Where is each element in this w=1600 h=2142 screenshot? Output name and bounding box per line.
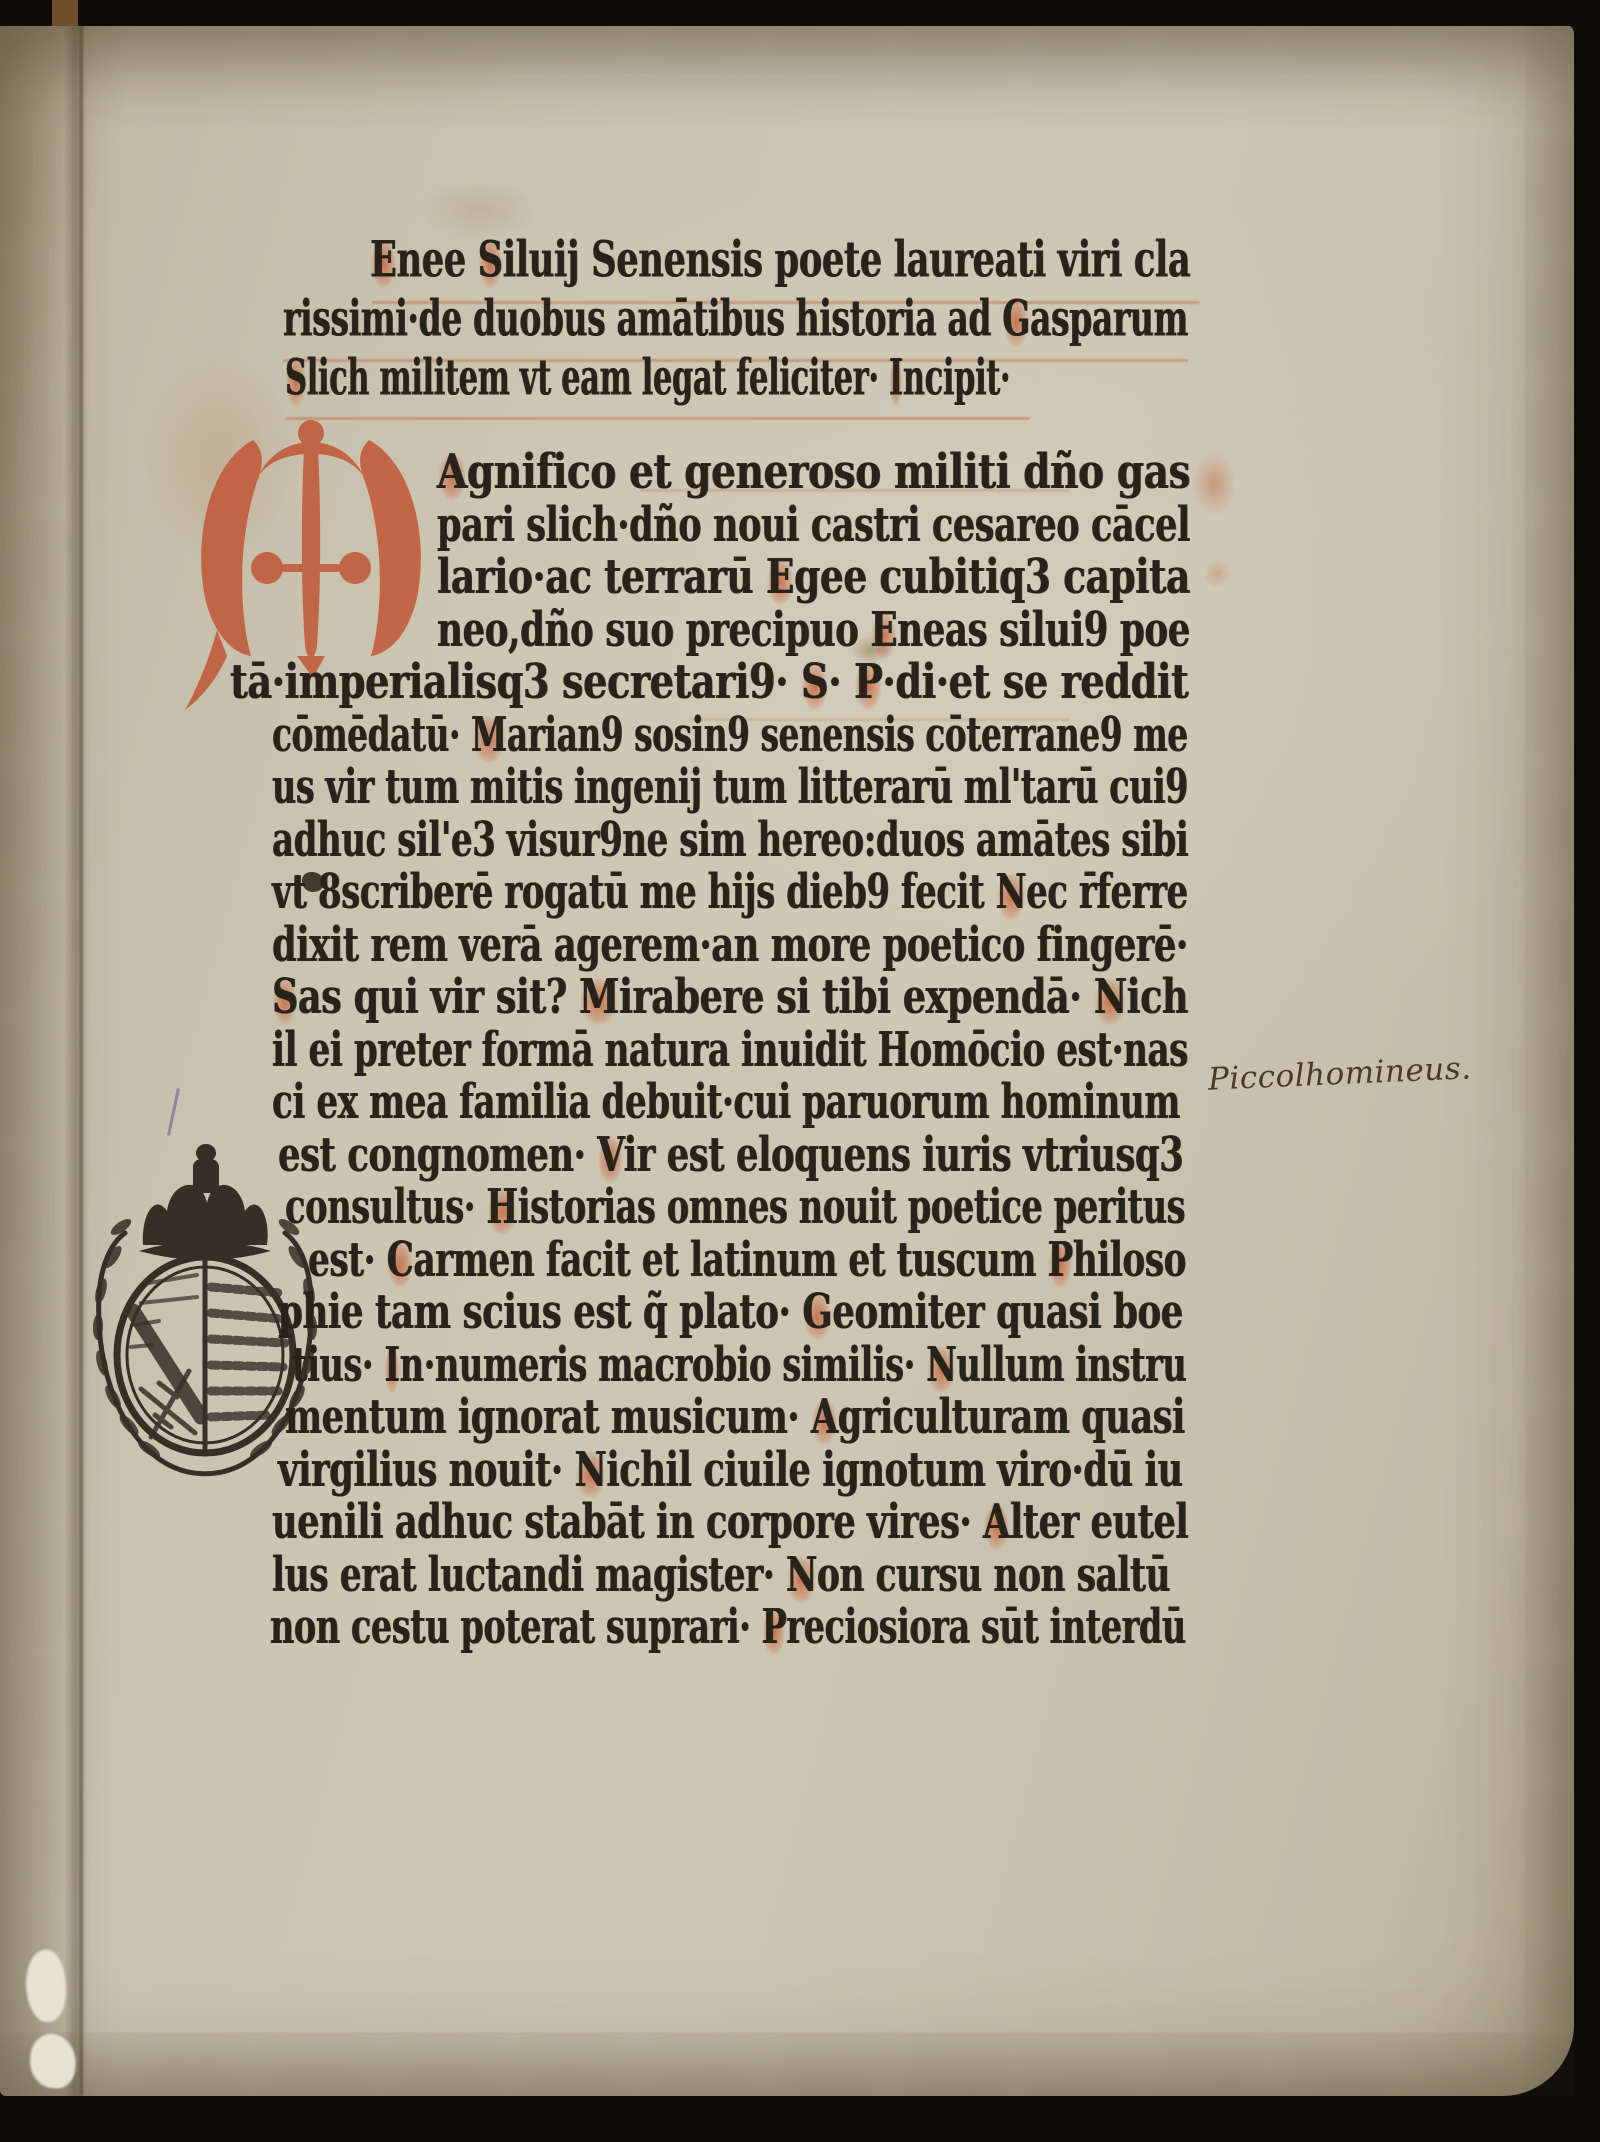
rubricated-capital: G (802, 1285, 832, 1340)
text-segment: est· (308, 1233, 387, 1288)
rubricated-capital: N (926, 1338, 956, 1393)
text-segment: istorias omnes nouit poetice peritus (518, 1180, 1185, 1235)
body-line-10: dixit rem verā agerem·an more poetico fi… (272, 920, 1188, 972)
body-line-2: pari slich·dño noui castri cesareo cācel (437, 500, 1190, 552)
text-segment: arian9 sosin9 senensis cōterrane9 me (507, 708, 1188, 763)
text-segment: adhuc sil'e3 visur9ne sim hereo:duos amā… (272, 813, 1188, 868)
text-segment: omōcio est·nas (909, 1023, 1188, 1078)
binding-crease (79, 24, 83, 2096)
body-line-19: mentum ignorat musicum· Agriculturam qua… (285, 1392, 1185, 1444)
body-line-17: phie tam scius est q̃ plato· Geomiter qu… (278, 1287, 1183, 1339)
body-line-11: Sas qui vir sit? Mirabere si tibi expend… (272, 972, 1188, 1024)
text-segment: ncipit· (903, 348, 1010, 406)
text-segment: us vir tum mitis ingenij tum litterarū m… (272, 760, 1188, 815)
body-line-20: virgilius nouit· Nichil ciuile ignotum v… (278, 1445, 1183, 1497)
text-segment: rissimi·de duobus amātibus historia ad (283, 289, 1002, 347)
rubricated-capital: P (1047, 1233, 1072, 1288)
binding-tab (52, 0, 78, 26)
text-segment: n·numeris macrobio similis· (400, 1338, 926, 1393)
rubricated-capital: S (478, 230, 503, 288)
rubricated-capital: I (889, 348, 903, 406)
rubricated-capital: E (370, 230, 396, 288)
text-segment: hiloso (1073, 1233, 1186, 1288)
text-segment: gee cubitiq3 capita (794, 550, 1190, 605)
rubricated-capital: A (811, 1390, 838, 1445)
text-segment: as qui vir sit? (298, 970, 579, 1025)
text-segment: ichil ciuile ignotum viro·dū iu (606, 1443, 1182, 1498)
body-line-15: consultus· Historias omnes nouit poetice… (285, 1182, 1185, 1234)
body-line-3: lario·ac terrarū Egee cubitiq3 capita (437, 552, 1190, 604)
scanned-book-page: M (0, 0, 1600, 2142)
rubricated-capital: N (1094, 970, 1127, 1025)
text-segment: pari slich·dño noui castri cesareo cācel (437, 498, 1190, 553)
body-line-22: lus erat luctandi magister· Non cursu no… (272, 1550, 1170, 1602)
text-segment: eomiter quasi boe (832, 1285, 1183, 1340)
text-segment: · (828, 655, 854, 710)
text-segment: enensis poete laureati viri cla (616, 230, 1190, 288)
text-segment: consultus· (285, 1180, 486, 1235)
text-segment: griculturam quasi (838, 1390, 1185, 1445)
heading-line-3: Slich militem vt eam legat feliciter· In… (285, 350, 1010, 405)
rubricated-capital: S (285, 348, 307, 406)
text-segment: il ei preter formā natura inuidit (272, 1023, 878, 1078)
body-line-14: est congnomen· Vir est eloquens iuris vt… (278, 1130, 1183, 1182)
rubricated-capital: G (1002, 289, 1030, 347)
stain (1192, 452, 1236, 516)
text-segment: asparum (1030, 289, 1188, 347)
text-segment: tius· (292, 1338, 384, 1393)
text-segment: ·di·et se reddit (882, 655, 1188, 710)
rubricated-capital: E (870, 603, 897, 658)
text-segment: cōmēdatū· (272, 708, 471, 763)
rubricated-capital: M (579, 970, 619, 1025)
body-line-8: adhuc sil'e3 visur9ne sim hereo:duos amā… (272, 815, 1188, 867)
rubricated-capital: C (387, 1233, 414, 1288)
text-segment: ci ex mea familia debuit·cui paruorum ho… (272, 1075, 1180, 1130)
text-segment: est congnomen· (278, 1128, 597, 1183)
text-segment: iluij (503, 230, 591, 288)
rubricated-capital: I (384, 1338, 399, 1393)
rubricated-capital: N (575, 1443, 607, 1498)
body-line-1: Agnifico et generoso militi dño gas (437, 447, 1190, 499)
body-line-21: uenili adhuc stabāt in corpore vires· Al… (272, 1497, 1188, 1549)
text-segment: gnifico et generoso militi dño gas (467, 445, 1190, 500)
body-line-6: cōmēdatū· Marian9 sosin9 senensis cōterr… (272, 710, 1188, 762)
text-segment: nee (396, 230, 477, 288)
text-segment: lter eutel (1010, 1495, 1188, 1550)
text-segment: S (591, 230, 616, 288)
text-segment: dixit rem verā agerem·an more poetico fi… (272, 918, 1188, 973)
text-segment: lus erat luctandi magister· (272, 1548, 786, 1603)
crown-icon (139, 1144, 271, 1260)
rubricated-capital: A (983, 1495, 1010, 1550)
rubricated-capital: P (762, 1600, 787, 1655)
text-segment: lich militem vt eam legat feliciter· (307, 348, 889, 406)
body-line-16: est· Carmen facit et latinum et tuscum P… (308, 1235, 1186, 1287)
text-segment: reciosiora sūt interdū (786, 1600, 1185, 1655)
rubricated-capital: P (854, 655, 882, 710)
text-segment: neo,dño suo precipuo (437, 603, 870, 658)
body-line-9: vt 8scriberē rogatū me hijs dieb9 fecit … (272, 867, 1188, 919)
scan-edge-top (0, 0, 1600, 26)
body-line-12: il ei preter formā natura inuidit Homōci… (272, 1025, 1188, 1077)
scan-edge-right (1574, 0, 1600, 2142)
scan-edge-bottom (0, 2096, 1600, 2142)
text-segment: phie tam scius est q̃ plato· (278, 1285, 802, 1340)
rubricated-capital: V (597, 1128, 623, 1183)
body-line-13: ci ex mea familia debuit·cui paruorum ho… (272, 1077, 1180, 1129)
text-segment: tā·imperialisq3 secretari9· (230, 655, 801, 710)
rubricated-capital: H (486, 1180, 517, 1235)
text-segment: ir est eloquens iuris vtriusq3 (624, 1128, 1184, 1183)
rubricated-capital: N (786, 1548, 817, 1603)
text-segment: ec r̄ferre (1026, 865, 1188, 920)
text-segment: irabere si tibi expendā· (619, 970, 1094, 1025)
stain (1203, 560, 1231, 588)
text-segment: vt 8scriberē rogatū me hijs dieb9 fecit (272, 865, 996, 920)
heading-line-2: rissimi·de duobus amātibus historia ad G… (283, 291, 1188, 346)
body-line-4: neo,dño suo precipuo Eneas silui9 poe (437, 605, 1190, 657)
body-line-7: us vir tum mitis ingenij tum litterarū m… (272, 762, 1188, 814)
rubricated-capital: S (801, 655, 828, 710)
rubricated-capital: M (471, 708, 507, 763)
text-segment: ich (1127, 970, 1188, 1025)
text-segment: H (878, 1023, 910, 1078)
text-segment: mentum ignorat musicum· (285, 1390, 811, 1445)
rubricated-capital: E (766, 550, 794, 605)
body-line-18: tius· In·numeris macrobio similis· Nullu… (292, 1340, 1186, 1392)
text-segment: ullum instru (956, 1338, 1186, 1393)
body-line-23: non cestu poterat suprari· Preciosiora s… (270, 1602, 1186, 1654)
text-segment: virgilius nouit· (278, 1443, 575, 1498)
rubricated-capital: S (272, 970, 298, 1025)
heading-line-1: Enee Siluij Senensis poete laureati viri… (370, 232, 1190, 287)
rubricated-capital: A (437, 445, 467, 500)
text-segment: uenili adhuc stabāt in corpore vires· (272, 1495, 983, 1550)
text-segment: neas silui9 poe (897, 603, 1190, 658)
body-line-5: tā·imperialisq3 secretari9· S· P·di·et s… (230, 657, 1188, 709)
binding-gutter-shadow (64, 24, 90, 2096)
text-segment: non cestu poterat suprari· (270, 1600, 762, 1655)
text-segment: lario·ac terrarū (437, 550, 766, 605)
rubricated-capital: N (996, 865, 1027, 920)
text-segment: on cursu non saltū (817, 1548, 1170, 1603)
text-segment: armen facit et latinum et tuscum (413, 1233, 1047, 1288)
